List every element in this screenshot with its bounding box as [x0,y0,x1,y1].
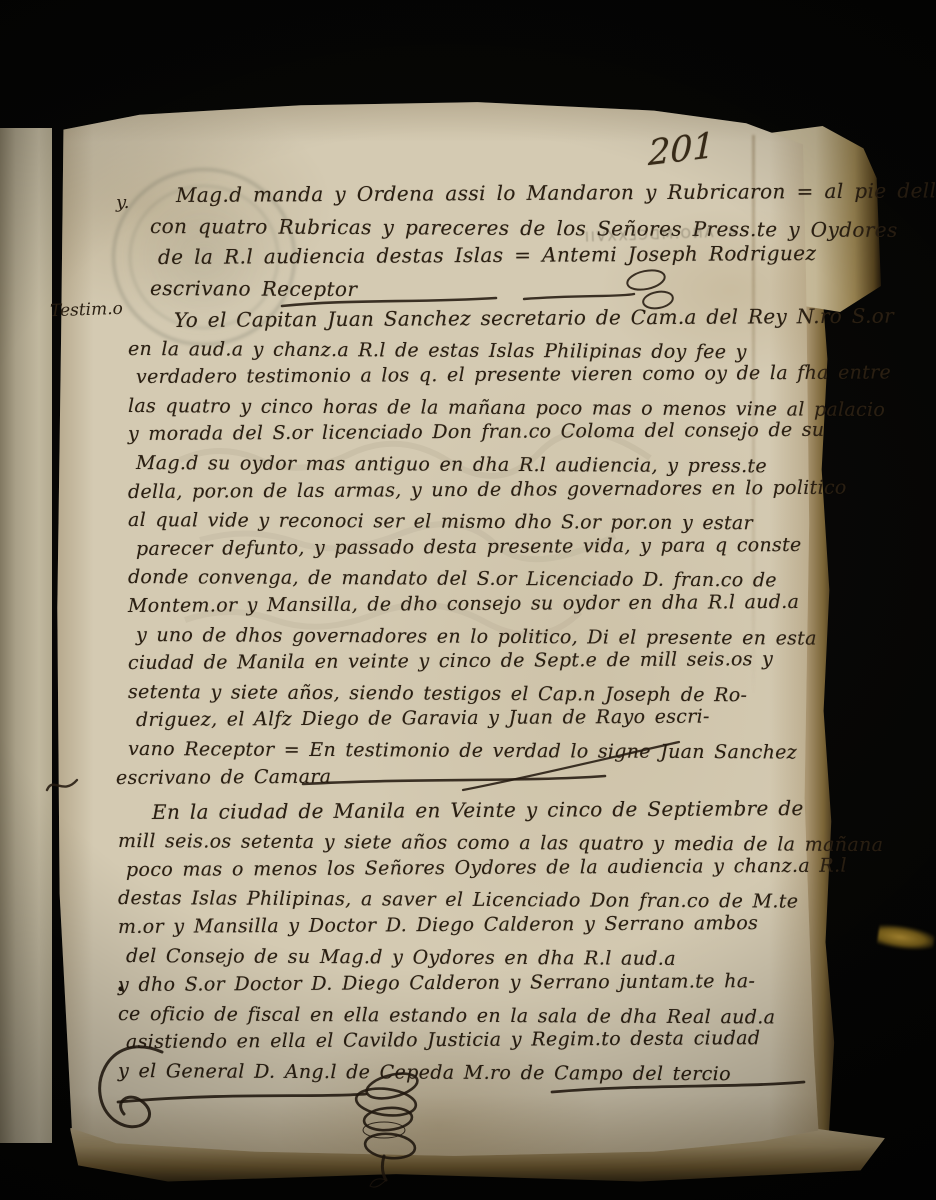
manuscript-line: della, por.on de las armas, y uno de dho… [128,473,894,506]
facing-page-sliver [0,128,52,1143]
manuscript-line: m.or y Mansilla y Doctor D. Diego Calder… [118,909,883,942]
photograph-of-manuscript: 4. AÑO.MDCLXXVII 201 y. Testim.o • Mag.d… [0,0,936,1200]
manuscript-line: y morada del S.or licenciado Don fran.co… [128,416,894,449]
folio-number: 201 [648,126,715,175]
manuscript-line: y dho S.or Doctor D. Diego Calderon y Se… [118,966,883,999]
paragraph-mark [44,772,80,800]
manuscript-line: parecer defunto, y passado desta present… [136,530,894,563]
binding-ribbon [875,914,936,961]
flourish-underline-receptor [278,268,678,316]
manuscript-line: poco mas o menos los Señores Oydores de … [126,851,883,884]
manuscript-line: driguez, el Alfz Diego de Garavia y Juan… [136,702,894,735]
manuscript-line: Mag.d manda y Ordena assi lo Mandaron y … [176,175,936,211]
manuscript-line: asistiendo en ella el Cavildo Justicia y… [126,1024,883,1057]
text-block-acta: En la ciudad de Manila en Veinte y cinco… [118,798,883,1086]
manuscript-line: ciudad de Manila en veinte y cinco de Se… [128,644,894,677]
manuscript-line: Montem.or y Mansilla, de dho consejo su … [128,587,894,620]
manuscript-line: En la ciudad de Manila en Veinte y cinco… [152,794,883,827]
text-block-testimonio: Yo el Capitan Juan Sanchez secretario de… [128,306,894,792]
margin-note-testimonio: Testim.o [50,299,123,322]
notarial-rubric [104,1072,824,1192]
margin-check-mark: y. [116,192,130,213]
flourish-underline-camara [295,736,685,794]
manuscript-line: verdadero testimonio a los q. el present… [136,359,894,392]
